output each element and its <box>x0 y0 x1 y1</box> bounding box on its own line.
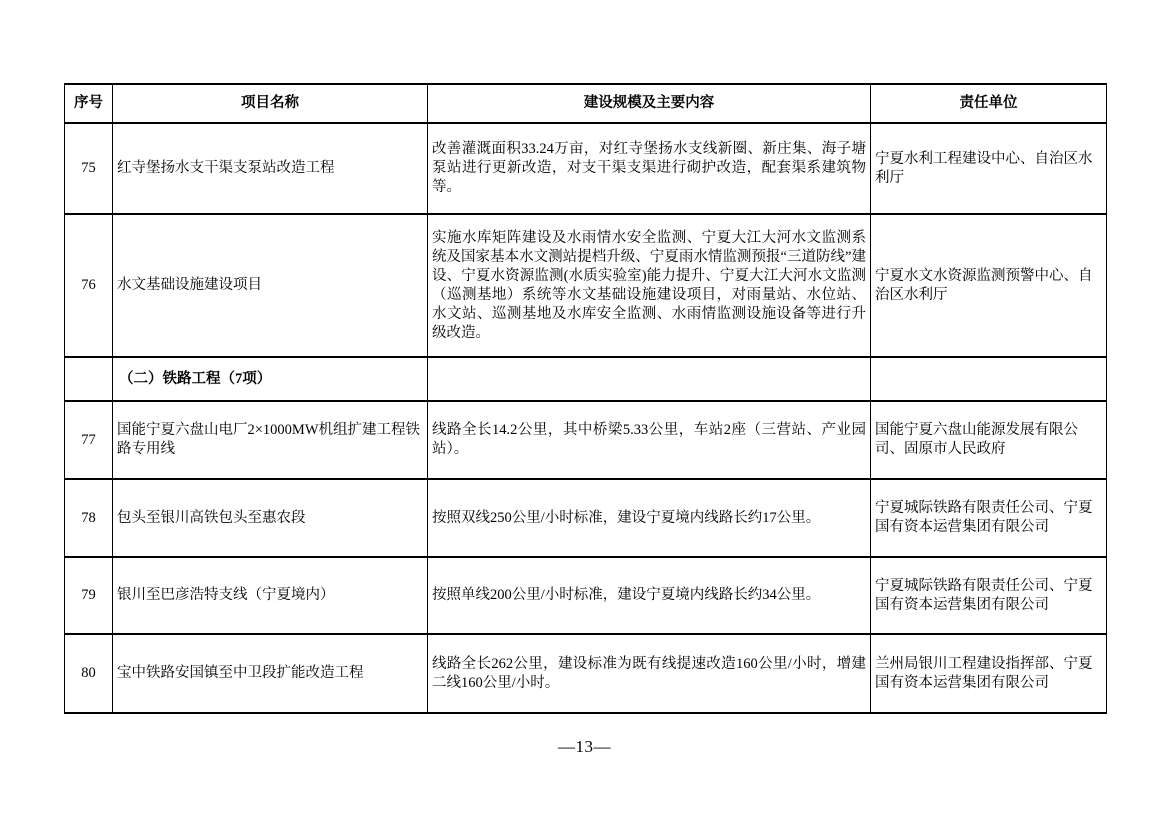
cell-project-name: 宝中铁路安国镇至中卫段扩能改造工程 <box>113 634 428 713</box>
cell-responsible-unit: 宁夏城际铁路有限责任公司、宁夏国有资本运营集团有限公司 <box>871 479 1107 557</box>
cell-project-name: 银川至巴彦浩特支线（宁夏境内） <box>113 557 428 634</box>
table-row: 78包头至银川高铁包头至惠农段按照双线250公里/小时标准，建设宁夏境内线路长约… <box>65 479 1107 557</box>
cell-responsible-unit: 宁夏水利工程建设中心、自治区水利厅 <box>871 123 1107 214</box>
cell-section-title: （二）铁路工程（7项） <box>113 357 428 401</box>
cell-project-name: 水文基础设施建设项目 <box>113 214 428 357</box>
cell-project-name: 国能宁夏六盘山电厂2×1000MW机组扩建工程铁路专用线 <box>113 401 428 479</box>
header-scale-content: 建设规模及主要内容 <box>428 84 871 123</box>
cell-project-name: 红寺堡扬水支干渠支泵站改造工程 <box>113 123 428 214</box>
cell-scale-content: 实施水库矩阵建设及水雨情水安全监测、宁夏大江大河水文监测系统及国家基本水文测站提… <box>428 214 871 357</box>
header-responsible-unit: 责任单位 <box>871 84 1107 123</box>
cell-seq-number: 75 <box>65 123 113 214</box>
header-project-name: 项目名称 <box>113 84 428 123</box>
header-row: 序号 项目名称 建设规模及主要内容 责任单位 <box>65 84 1107 123</box>
table-row: 77国能宁夏六盘山电厂2×1000MW机组扩建工程铁路专用线线路全长14.2公里… <box>65 401 1107 479</box>
cell-responsible-unit: 兰州局银川工程建设指挥部、宁夏国有资本运营集团有限公司 <box>871 634 1107 713</box>
cell-responsible-unit: 国能宁夏六盘山能源发展有限公司、固原市人民政府 <box>871 401 1107 479</box>
cell-responsible-unit: 宁夏城际铁路有限责任公司、宁夏国有资本运营集团有限公司 <box>871 557 1107 634</box>
table-row: 80宝中铁路安国镇至中卫段扩能改造工程线路全长262公里，建设标准为既有线提速改… <box>65 634 1107 713</box>
cell-scale-content <box>428 357 871 401</box>
cell-scale-content: 按照单线200公里/小时标准，建设宁夏境内线路长约34公里。 <box>428 557 871 634</box>
table-header: 序号 项目名称 建设规模及主要内容 责任单位 <box>65 84 1107 123</box>
cell-scale-content: 按照双线250公里/小时标准，建设宁夏境内线路长约17公里。 <box>428 479 871 557</box>
cell-scale-content: 线路全长262公里，建设标准为既有线提速改造160公里/小时，增建二线160公里… <box>428 634 871 713</box>
table-row: 75红寺堡扬水支干渠支泵站改造工程改善灌溉面积33.24万亩，对红寺堡扬水支线新… <box>65 123 1107 214</box>
table-row: 76水文基础设施建设项目实施水库矩阵建设及水雨情水安全监测、宁夏大江大河水文监测… <box>65 214 1107 357</box>
cell-scale-content: 改善灌溉面积33.24万亩，对红寺堡扬水支线新圈、新庄集、海子塘泵站进行更新改造… <box>428 123 871 214</box>
table-body: 75红寺堡扬水支干渠支泵站改造工程改善灌溉面积33.24万亩，对红寺堡扬水支线新… <box>65 123 1107 713</box>
cell-seq-number <box>65 357 113 401</box>
cell-seq-number: 77 <box>65 401 113 479</box>
section-row: （二）铁路工程（7项） <box>65 357 1107 401</box>
cell-seq-number: 76 <box>65 214 113 357</box>
cell-project-name: 包头至银川高铁包头至惠农段 <box>113 479 428 557</box>
cell-scale-content: 线路全长14.2公里，其中桥梁5.33公里，车站2座（三营站、产业园站）。 <box>428 401 871 479</box>
cell-seq-number: 78 <box>65 479 113 557</box>
page-number: —13— <box>0 737 1169 757</box>
cell-responsible-unit: 宁夏水文水资源监测预警中心、自治区水利厅 <box>871 214 1107 357</box>
document-page: 序号 项目名称 建设规模及主要内容 责任单位 75红寺堡扬水支干渠支泵站改造工程… <box>0 0 1169 826</box>
cell-seq-number: 80 <box>65 634 113 713</box>
cell-responsible-unit <box>871 357 1107 401</box>
projects-table: 序号 项目名称 建设规模及主要内容 责任单位 75红寺堡扬水支干渠支泵站改造工程… <box>64 83 1107 714</box>
table-row: 79银川至巴彦浩特支线（宁夏境内）按照单线200公里/小时标准，建设宁夏境内线路… <box>65 557 1107 634</box>
cell-seq-number: 79 <box>65 557 113 634</box>
header-seq-number: 序号 <box>65 84 113 123</box>
